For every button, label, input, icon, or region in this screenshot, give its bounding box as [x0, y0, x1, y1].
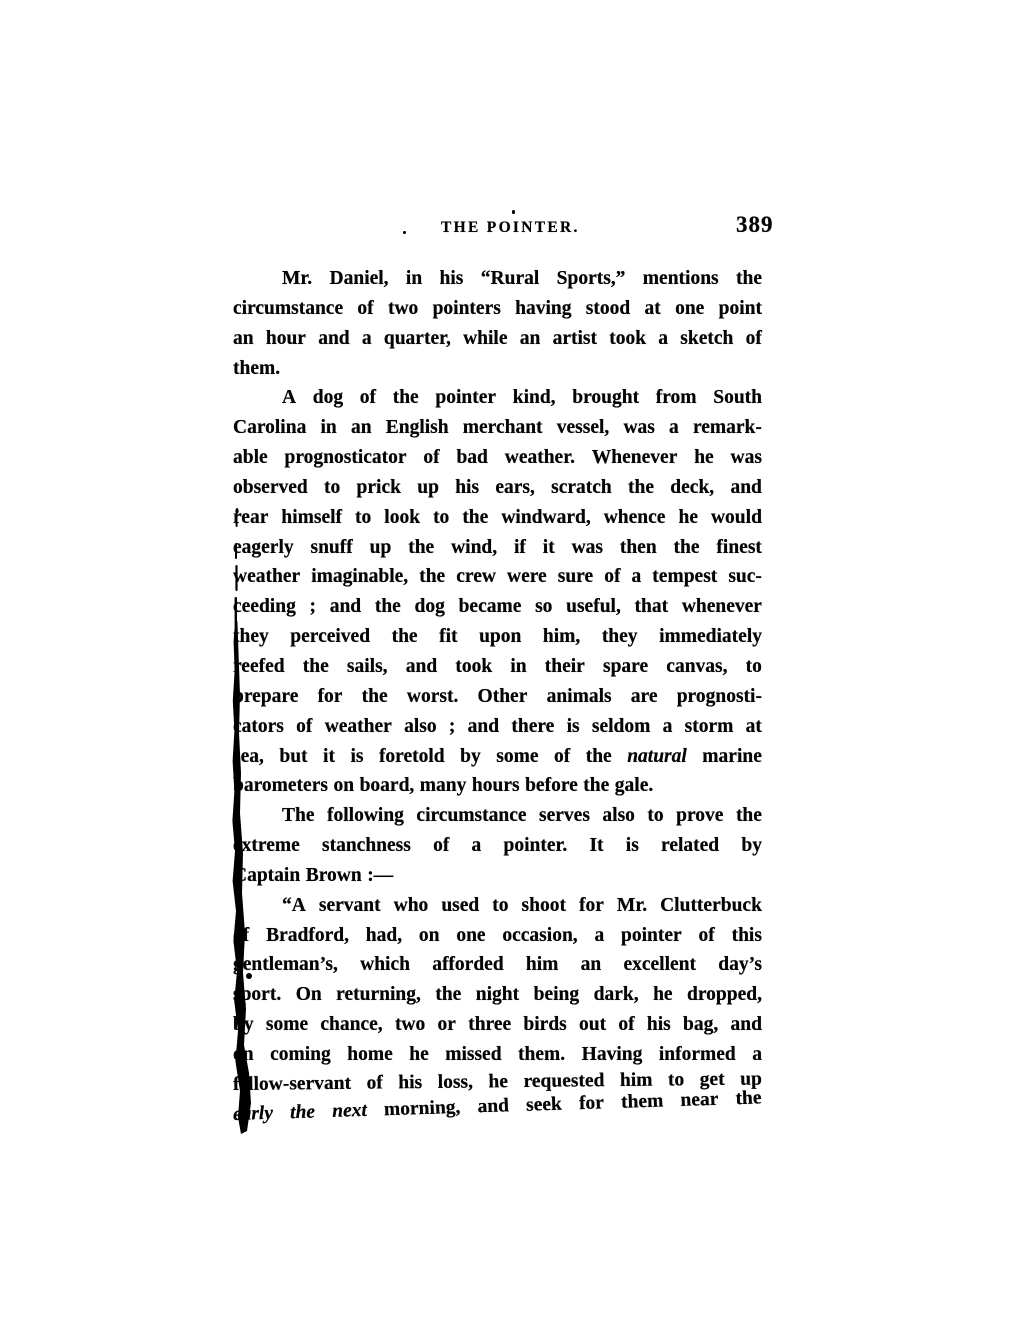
scanned-book-page: THE POINTER. 389 Mr.Daniel,inhis“RuralSp… — [0, 0, 1033, 1339]
text-line: Thefollowingcircumstanceservesalsotoprov… — [233, 801, 762, 831]
text-line: barometersonboard,manyhoursbeforethegale… — [233, 771, 762, 801]
text-line: reefedthesails,andtookintheirsparecanvas… — [233, 652, 762, 682]
text-line: rearhimselftolooktothewindward,whencehew… — [233, 503, 762, 533]
text-line: sea,butitisforetoldbysomeofthenaturalmar… — [233, 742, 762, 772]
text-line: bysomechance,twoorthreebirdsoutofhisbag,… — [233, 1010, 762, 1040]
text-line: “AservantwhousedtoshootforMr.Clutterbuck — [233, 891, 762, 921]
text-line: eagerlysnuffupthewind,ifitwasthenthefine… — [233, 533, 762, 563]
text-line: ofBradford,had,ononeoccasion,apointeroft… — [233, 921, 762, 951]
text-line: weatherimaginable,thecrewweresureofatemp… — [233, 562, 762, 592]
text-line: observedtoprickuphisears,scratchthedeck,… — [233, 473, 762, 503]
text-line: CarolinainanEnglishmerchantvessel,wasare… — [233, 413, 762, 443]
gutter-binding-artifact — [228, 505, 258, 1137]
text-block: Mr.Daniel,inhis“RuralSports,”mentionsthe… — [233, 264, 762, 1129]
ink-speck — [403, 231, 406, 234]
page-number: 389 — [736, 212, 774, 238]
text-line: sport.Onreturning,thenightbeingdark,hedr… — [233, 980, 762, 1010]
text-line: anhourandaquarter,whileanartisttookasket… — [233, 324, 762, 354]
text-line: ableprognosticatorofbadweather.Wheneverh… — [233, 443, 762, 473]
text-line: theyperceivedthefituponhim,theyimmediate… — [233, 622, 762, 652]
text-line: ceeding;andthedogbecamesouseful,thatwhen… — [233, 592, 762, 622]
text-line: CaptainBrown:— — [233, 861, 762, 891]
text-line: Adogofthepointerkind,broughtfromSouth — [233, 383, 762, 413]
text-line: extremestanchnessofapointer.Itisrelatedb… — [233, 831, 762, 861]
text-line: catorsofweatheralso;andthereisseldomasto… — [233, 712, 762, 742]
text-line: preparefortheworst.Otheranimalsareprogno… — [233, 682, 762, 712]
ink-speck — [512, 210, 515, 214]
text-line: circumstanceoftwopointershavingstoodaton… — [233, 294, 762, 324]
text-line: gentleman’s,whichaffordedhimanexcellentd… — [233, 950, 762, 980]
text-line: Mr.Daniel,inhis“RuralSports,”mentionsthe — [233, 264, 762, 294]
running-title: THE POINTER. — [441, 219, 580, 237]
text-line: them. — [233, 354, 762, 384]
